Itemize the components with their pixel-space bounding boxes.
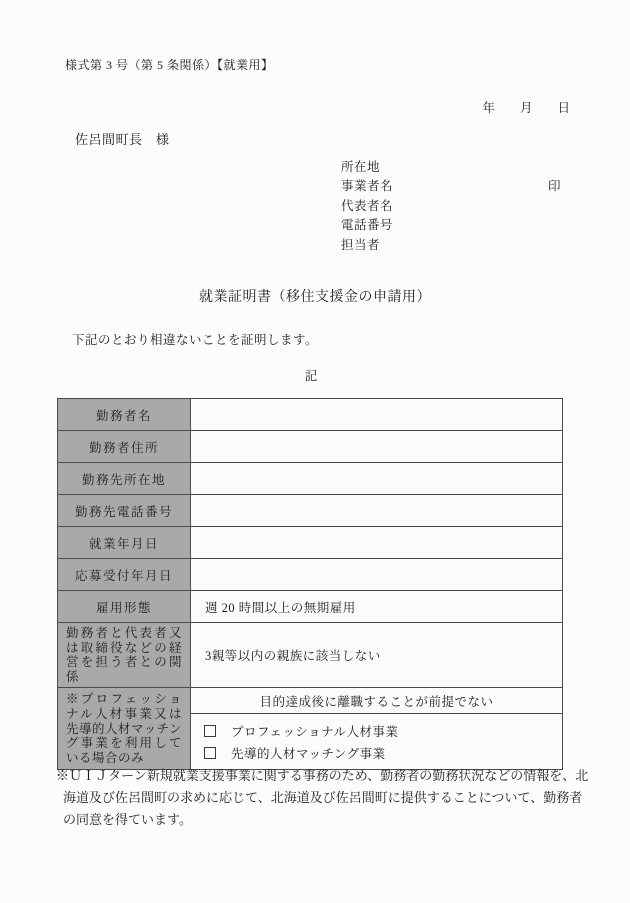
field-value-workplace-address [191, 463, 563, 495]
checkbox-leading-talent-matching-label: 先導的人材マッチング事業 [231, 744, 386, 762]
table-row: ※プロフェッショナル人材事業又は先導的人材マッチング事業を利用している場合のみ … [58, 688, 563, 714]
seal-mark: 印 [548, 177, 561, 196]
checkbox-icon[interactable] [204, 725, 216, 737]
field-label-application-date: 応募受付年月日 [58, 559, 191, 591]
field-value-employment-date [191, 527, 563, 559]
field-label-relationship: 勤務者と代表者又は取締役などの経営を担う者との関係 [58, 623, 191, 688]
checkbox-professional-talent[interactable]: プロフェッショナル人材事業 [204, 720, 562, 742]
sender-block: 所在地 事業者名 代表者名 電話番号 担当者 印 [341, 158, 393, 255]
table-row: 勤務者住所 [58, 431, 563, 463]
checkbox-professional-talent-label: プロフェッショナル人材事業 [231, 722, 399, 740]
table-row: 勤務者と代表者又は取締役などの経営を担う者との関係 3親等以内の親族に該当しない [58, 623, 563, 688]
sender-phone-label: 電話番号 [341, 216, 393, 235]
form-number: 様式第 3 号（第 5 条関係）【就業用】 [65, 56, 274, 73]
table-row: 勤務先電話番号 [58, 495, 563, 527]
sender-address-label: 所在地 [341, 158, 393, 177]
checkbox-icon[interactable] [204, 747, 216, 759]
field-value-worker-address [191, 431, 563, 463]
field-label-workplace-phone: 勤務先電話番号 [58, 495, 191, 527]
table-row: 応募受付年月日 [58, 559, 563, 591]
checkbox-leading-talent-matching[interactable]: 先導的人材マッチング事業 [204, 742, 562, 764]
condition-text: 目的達成後に離職することが前提でない [191, 688, 563, 714]
field-value-employment-type: 週 20 時間以上の無期雇用 [191, 591, 563, 623]
field-label-talent-program: ※プロフェッショナル人材事業又は先導的人材マッチング事業を利用している場合のみ [58, 688, 191, 770]
sender-business-name-label: 事業者名 [341, 177, 393, 196]
field-label-worker-name: 勤務者名 [58, 399, 191, 431]
field-label-worker-address: 勤務者住所 [58, 431, 191, 463]
field-label-workplace-address: 勤務先所在地 [58, 463, 191, 495]
certificate-table: 勤務者名 勤務者住所 勤務先所在地 勤務先電話番号 就業年月日 応募受付年月日 [57, 398, 563, 770]
addressee: 佐呂間町長 様 [75, 129, 170, 148]
field-label-employment-type: 雇用形態 [58, 591, 191, 623]
table-row: 就業年月日 [58, 527, 563, 559]
field-value-workplace-phone [191, 495, 563, 527]
field-value-worker-name [191, 399, 563, 431]
declaration-text: 下記のとおり相違ないことを証明します。 [72, 330, 318, 348]
checkbox-group: プロフェッショナル人材事業 先導的人材マッチング事業 [191, 714, 563, 770]
document-page: 様式第 3 号（第 5 条関係）【就業用】 年 月 日 佐呂間町長 様 所在地 … [0, 0, 630, 903]
date-line: 年 月 日 [482, 98, 570, 116]
table-row: 勤務者名 [58, 399, 563, 431]
table-row: 勤務先所在地 [58, 463, 563, 495]
record-heading: 記 [0, 366, 622, 384]
table-row: 雇用形態 週 20 時間以上の無期雇用 [58, 591, 563, 623]
field-value-application-date [191, 559, 563, 591]
sender-representative-label: 代表者名 [341, 197, 393, 216]
field-label-employment-date: 就業年月日 [58, 527, 191, 559]
document-title: 就業証明書（移住支援金の申請用） [0, 286, 630, 306]
footnote: ※ＵＩＪターン新規就業支援事業に関する事務のため、勤務者の勤務状況などの情報を、… [63, 765, 590, 831]
sender-contact-person-label: 担当者 [341, 236, 393, 255]
field-value-relationship: 3親等以内の親族に該当しない [191, 623, 563, 688]
